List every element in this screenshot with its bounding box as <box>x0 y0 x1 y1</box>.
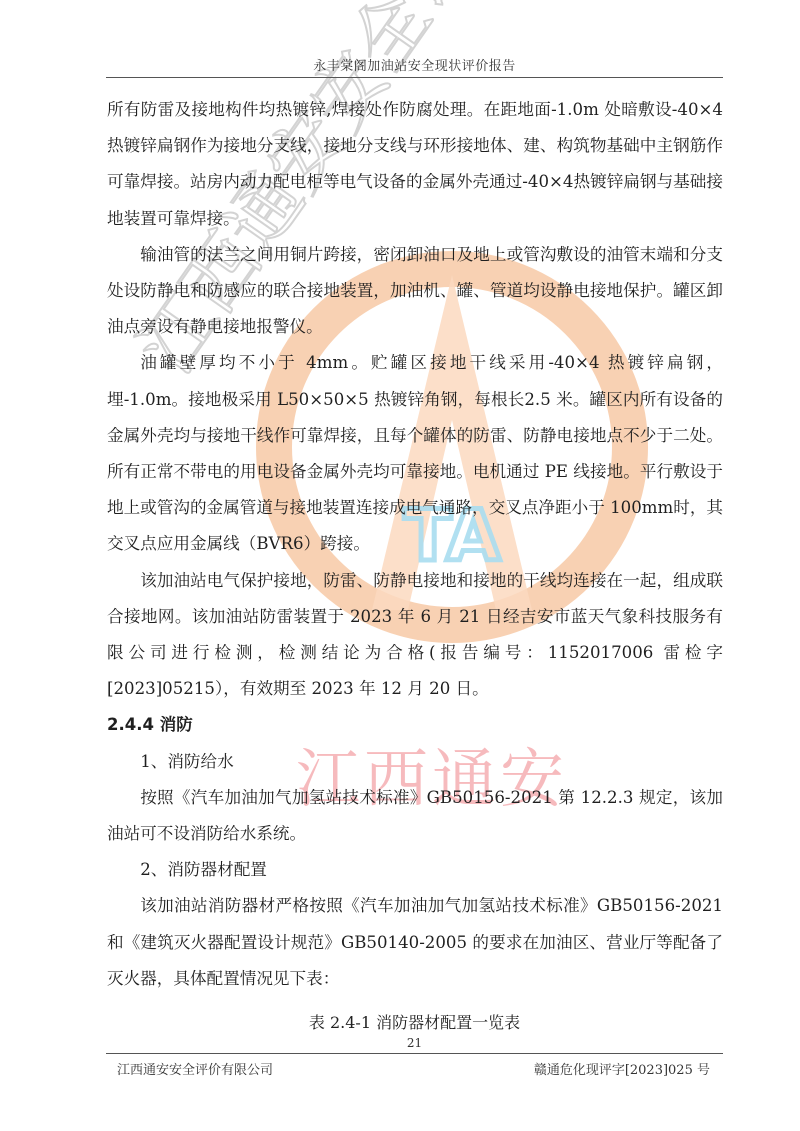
subsection-title-water: 1、消防给水 <box>107 744 723 780</box>
paragraph-grounding: 所有防雷及接地构件均热镀锌,焊接处作防腐处理。在距地面-1.0m 处暗敷设-40… <box>107 92 723 237</box>
page-number: 21 <box>106 1036 723 1050</box>
subsection-title-equipment: 2、消防器材配置 <box>107 852 723 888</box>
report-header-title: 永丰棠阁加油站安全现状评价报告 <box>106 55 723 74</box>
table-caption: 表 2.4-1 消防器材配置一览表 <box>106 1010 723 1033</box>
paragraph-water-supply: 按照《汽车加油加气加氢站技术标准》GB50156-2021 第 12.2.3 规… <box>107 780 723 852</box>
paragraph-equipment-config: 该加油站消防器材严格按照《汽车加油加气加氢站技术标准》GB50156-2021 … <box>107 888 723 997</box>
footer-divider <box>106 1053 723 1054</box>
footer-report-number: 赣通危化现评字[2023]025 号 <box>534 1059 710 1078</box>
footer-company: 江西通安安全评价有限公司 <box>117 1059 273 1078</box>
body-text: 所有防雷及接地构件均热镀锌,焊接处作防腐处理。在距地面-1.0m 处暗敷设-40… <box>107 92 723 997</box>
paragraph-pipe-bonding: 输油管的法兰之间用铜片跨接，密闭卸油口及地上或管沟敷设的油管末端和分支处设防静电… <box>107 237 723 346</box>
page-content: 永丰棠阁加油站安全现状评价报告 所有防雷及接地构件均热镀锌,焊接处作防腐处理。在… <box>0 0 800 1131</box>
section-heading: 2.4.4 消防 <box>107 707 723 743</box>
header-divider <box>106 77 723 78</box>
document-page: TA 江西通安安全评价有限公司 江西通安 永丰棠阁加油站安全现状评价报告 所有防… <box>0 0 800 1131</box>
paragraph-lightning-inspection: 该加油站电气保护接地，防雷、防静电接地和接地的干线均连接在一起，组成联合接地网。… <box>107 563 723 708</box>
paragraph-tank-grounding: 油罐壁厚均不小于 4mm。贮罐区接地干线采用-40×4 热镀锌扁钢，埋-1.0m… <box>107 345 723 562</box>
